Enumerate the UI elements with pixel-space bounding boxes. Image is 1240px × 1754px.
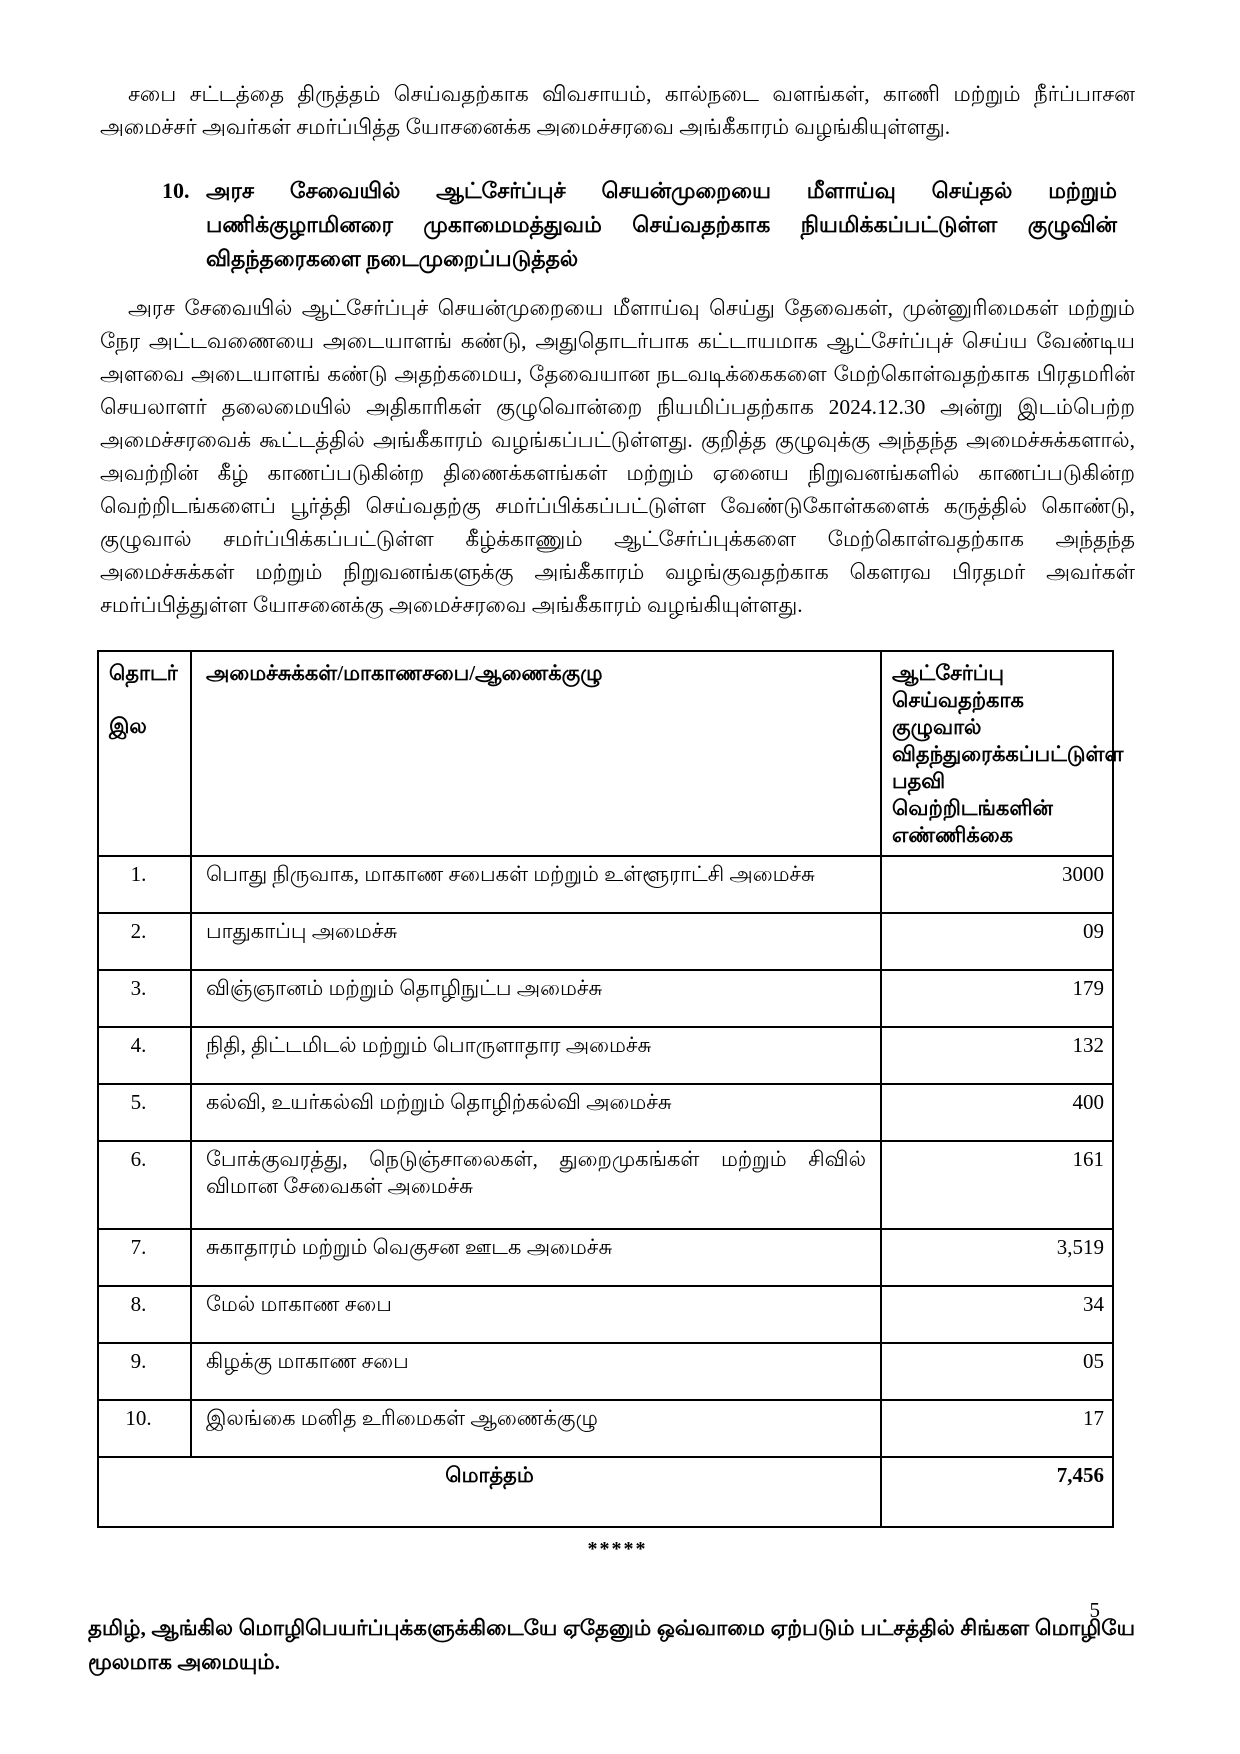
row-count: 161 <box>881 1141 1113 1229</box>
table-row: 7. சுகாதாரம் மற்றும் வெகுசன ஊடக அமைச்சு … <box>98 1229 1113 1286</box>
table-header-row: தொடர் இல அமைச்சுக்கள்/மாகாணசபை/ஆணைக்குழு… <box>98 651 1113 856</box>
total-label: மொத்தம் <box>98 1457 881 1527</box>
row-count: 3,519 <box>881 1229 1113 1286</box>
header-serial-line2: இல <box>109 713 182 740</box>
row-ministry: நிதி, திட்டமிடல் மற்றும் பொருளாதார அமைச்… <box>191 1027 881 1084</box>
row-serial: 6. <box>98 1141 191 1229</box>
language-disclaimer: தமிழ், ஆங்கில மொழிபெயர்ப்புக்களுக்கிடையே… <box>88 1611 1135 1679</box>
total-value: 7,456 <box>881 1457 1113 1527</box>
header-ministry: அமைச்சுக்கள்/மாகாணசபை/ஆணைக்குழு <box>191 651 881 856</box>
document-page: சபை சட்டத்தை திருத்தம் செய்வதற்காக விவசா… <box>0 0 1240 1679</box>
row-serial: 2. <box>98 913 191 970</box>
row-count: 132 <box>881 1027 1113 1084</box>
vacancy-table: தொடர் இல அமைச்சுக்கள்/மாகாணசபை/ஆணைக்குழு… <box>97 650 1114 1528</box>
row-serial: 9. <box>98 1343 191 1400</box>
header-serial-line1: தொடர் <box>109 660 182 687</box>
body-paragraph: அரச சேவையில் ஆட்சேர்ப்புச் செயன்முறையை ம… <box>100 292 1135 622</box>
row-serial: 7. <box>98 1229 191 1286</box>
row-serial: 1. <box>98 856 191 913</box>
table-row: 3. விஞ்ஞானம் மற்றும் தொழிநுட்ப அமைச்சு 1… <box>98 970 1113 1027</box>
table-total-row: மொத்தம் 7,456 <box>98 1457 1113 1527</box>
table-row: 8. மேல் மாகாண சபை 34 <box>98 1286 1113 1343</box>
row-count: 400 <box>881 1084 1113 1141</box>
table-row: 2. பாதுகாப்பு அமைச்சு 09 <box>98 913 1113 970</box>
row-ministry: பாதுகாப்பு அமைச்சு <box>191 913 881 970</box>
row-count: 17 <box>881 1400 1113 1457</box>
row-count: 179 <box>881 970 1113 1027</box>
row-ministry: சுகாதாரம் மற்றும் வெகுசன ஊடக அமைச்சு <box>191 1229 881 1286</box>
header-vacancy-count: ஆட்சேர்ப்பு செய்வதற்காக குழுவால் விதந்து… <box>881 651 1113 856</box>
row-ministry: மேல் மாகாண சபை <box>191 1286 881 1343</box>
intro-paragraph: சபை சட்டத்தை திருத்தம் செய்வதற்காக விவசா… <box>100 78 1135 144</box>
row-ministry: கல்வி, உயர்கல்வி மற்றும் தொழிற்கல்வி அமை… <box>191 1084 881 1141</box>
row-serial: 3. <box>98 970 191 1027</box>
page-number: 5 <box>1090 1598 1101 1623</box>
row-serial: 8. <box>98 1286 191 1343</box>
section-title: அரச சேவையில் ஆட்சேர்ப்புச் செயன்முறையை ம… <box>206 174 1117 276</box>
row-serial: 10. <box>98 1400 191 1457</box>
row-serial: 4. <box>98 1027 191 1084</box>
row-ministry: போக்குவரத்து, நெடுஞ்சாலைகள், துறைமுகங்கள… <box>191 1141 881 1229</box>
row-serial: 5. <box>98 1084 191 1141</box>
row-ministry: இலங்கை மனித உரிமைகள் ஆணைக்குழு <box>191 1400 881 1457</box>
table-row: 5. கல்வி, உயர்கல்வி மற்றும் தொழிற்கல்வி … <box>98 1084 1113 1141</box>
header-serial: தொடர் இல <box>98 651 191 856</box>
section-heading: 10. அரச சேவையில் ஆட்சேர்ப்புச் செயன்முறை… <box>162 174 1117 276</box>
row-ministry: கிழக்கு மாகாண சபை <box>191 1343 881 1400</box>
row-count: 34 <box>881 1286 1113 1343</box>
table-row: 1. பொது நிருவாக, மாகாண சபைகள் மற்றும் உள… <box>98 856 1113 913</box>
section-number: 10. <box>162 174 206 276</box>
table-row: 9. கிழக்கு மாகாண சபை 05 <box>98 1343 1113 1400</box>
row-count: 3000 <box>881 856 1113 913</box>
row-count: 05 <box>881 1343 1113 1400</box>
row-count: 09 <box>881 913 1113 970</box>
row-ministry: விஞ்ஞானம் மற்றும் தொழிநுட்ப அமைச்சு <box>191 970 881 1027</box>
asterisk-separator: ***** <box>100 1538 1135 1561</box>
table-row: 4. நிதி, திட்டமிடல் மற்றும் பொருளாதார அம… <box>98 1027 1113 1084</box>
table-row: 6. போக்குவரத்து, நெடுஞ்சாலைகள், துறைமுகங… <box>98 1141 1113 1229</box>
table-row: 10. இலங்கை மனித உரிமைகள் ஆணைக்குழு 17 <box>98 1400 1113 1457</box>
row-ministry: பொது நிருவாக, மாகாண சபைகள் மற்றும் உள்ளூ… <box>191 856 881 913</box>
